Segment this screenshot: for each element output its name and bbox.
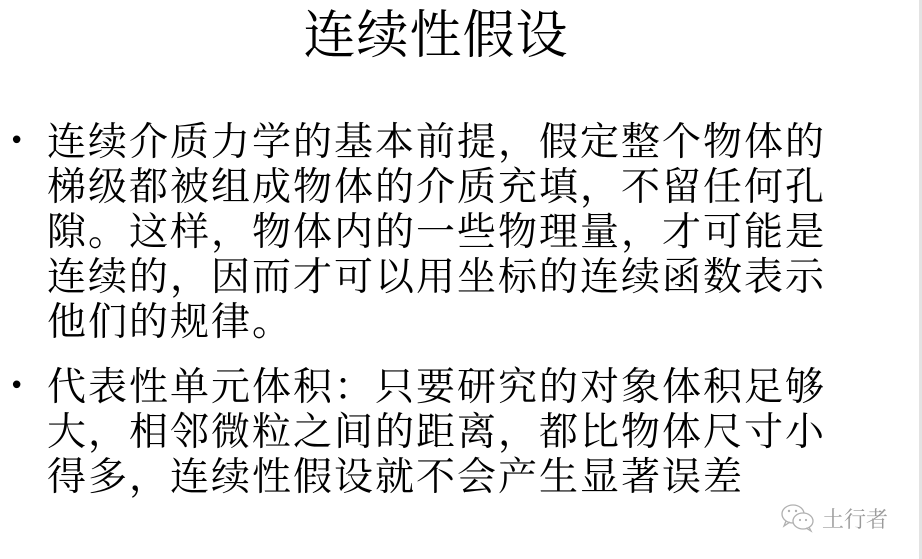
- bullet-marker: •: [9, 126, 24, 156]
- slide-title: 连续性假设: [0, 2, 872, 70]
- bullet-text: 连续介质力学的基本前提，假定整个物体的梯级都被组成物体的介质充填，不留任何孔隙。…: [47, 120, 827, 345]
- slide: 连续性假设 • 连续介质力学的基本前提，假定整个物体的梯级都被组成物体的介质充填…: [0, 0, 919, 559]
- watermark-label: 土行者: [822, 503, 888, 534]
- wechat-icon: [780, 502, 816, 534]
- bullet-text: 代表性单元体积：只要研究的对象体积足够大，相邻微粒之间的距离，都比物体尺寸小得多…: [47, 365, 827, 500]
- bullet-marker: •: [9, 371, 24, 401]
- watermark: 土行者: [780, 500, 888, 536]
